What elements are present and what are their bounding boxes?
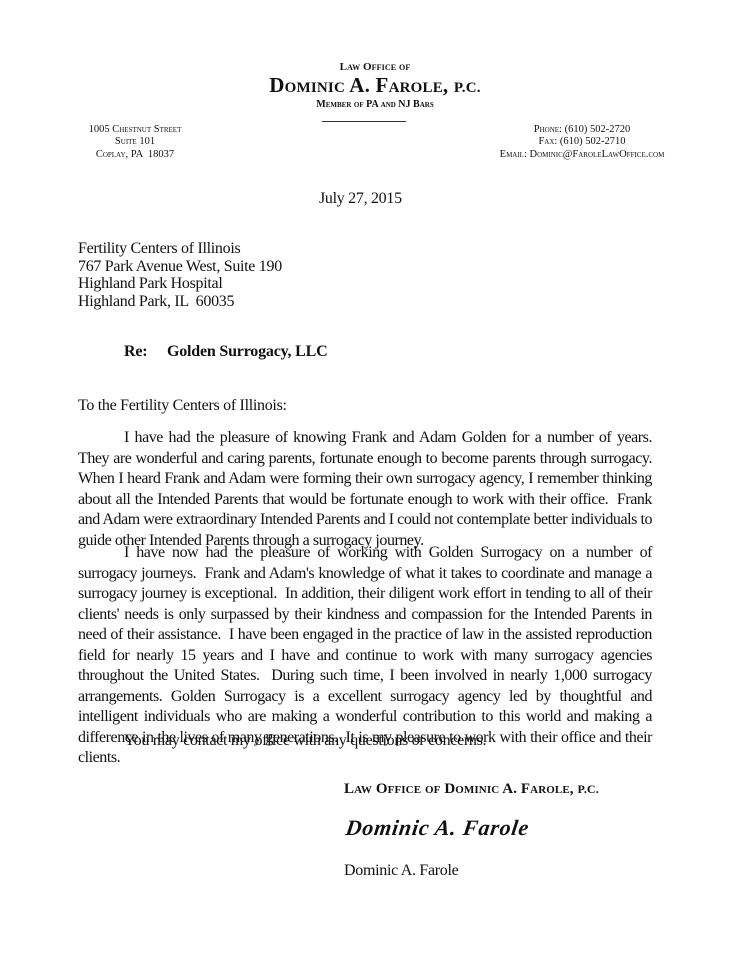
recipient-address: Fertility Centers of Illinois 767 Park A… [78, 240, 282, 310]
recipient-line-2: 767 Park Avenue West, Suite 190 [78, 258, 282, 276]
letter-date: July 27, 2015 [319, 190, 402, 208]
handwritten-signature: Dominic A. Farole [344, 815, 531, 841]
letterhead-top-line: Law Office of [0, 61, 750, 73]
address-city: Coplay, PA 18037 [60, 149, 210, 161]
firm-name: Dominic A. Farole, [269, 73, 448, 97]
letterhead-divider [322, 121, 406, 122]
contact-fax: Fax: (610) 502-2710 [450, 136, 714, 148]
recipient-line-1: Fertility Centers of Illinois [78, 240, 282, 258]
address-suite: Suite 101 [60, 136, 210, 148]
letterhead-address: 1005 Chestnut Street Suite 101 Coplay, P… [60, 124, 210, 161]
address-street: 1005 Chestnut Street [60, 124, 210, 136]
signature-firm-suffix: P.C. [578, 782, 599, 796]
letterhead-firm-name: Dominic A. Farole, P.C. [0, 73, 750, 98]
re-subject: Golden Surrogacy, LLC [167, 343, 327, 360]
recipient-line-4: Highland Park, IL 60035 [78, 293, 282, 311]
letterhead-bars: Member of PA and NJ Bars [0, 99, 750, 110]
letterhead-contact: Phone: (610) 502-2720 Fax: (610) 502-271… [450, 124, 714, 161]
firm-suffix: P.C. [454, 80, 481, 96]
signatory-name: Dominic A. Farole [344, 862, 458, 880]
body-paragraph-1: I have had the pleasure of knowing Frank… [78, 428, 652, 551]
contact-email: Email: Dominic@FaroleLawOffice.com [450, 149, 714, 161]
contact-phone: Phone: (610) 502-2720 [450, 124, 714, 136]
recipient-line-3: Highland Park Hospital [78, 275, 282, 293]
re-label: Re: [124, 343, 167, 361]
salutation: To the Fertility Centers of Illinois: [78, 397, 287, 415]
signature-firm: Law Office of Dominic A. Farole, P.C. [344, 781, 599, 798]
closing-line: You may contact my office with any quest… [124, 732, 486, 750]
signature-firm-name: Law Office of Dominic A. Farole, [344, 781, 574, 797]
re-line: Re:Golden Surrogacy, LLC [124, 343, 327, 361]
